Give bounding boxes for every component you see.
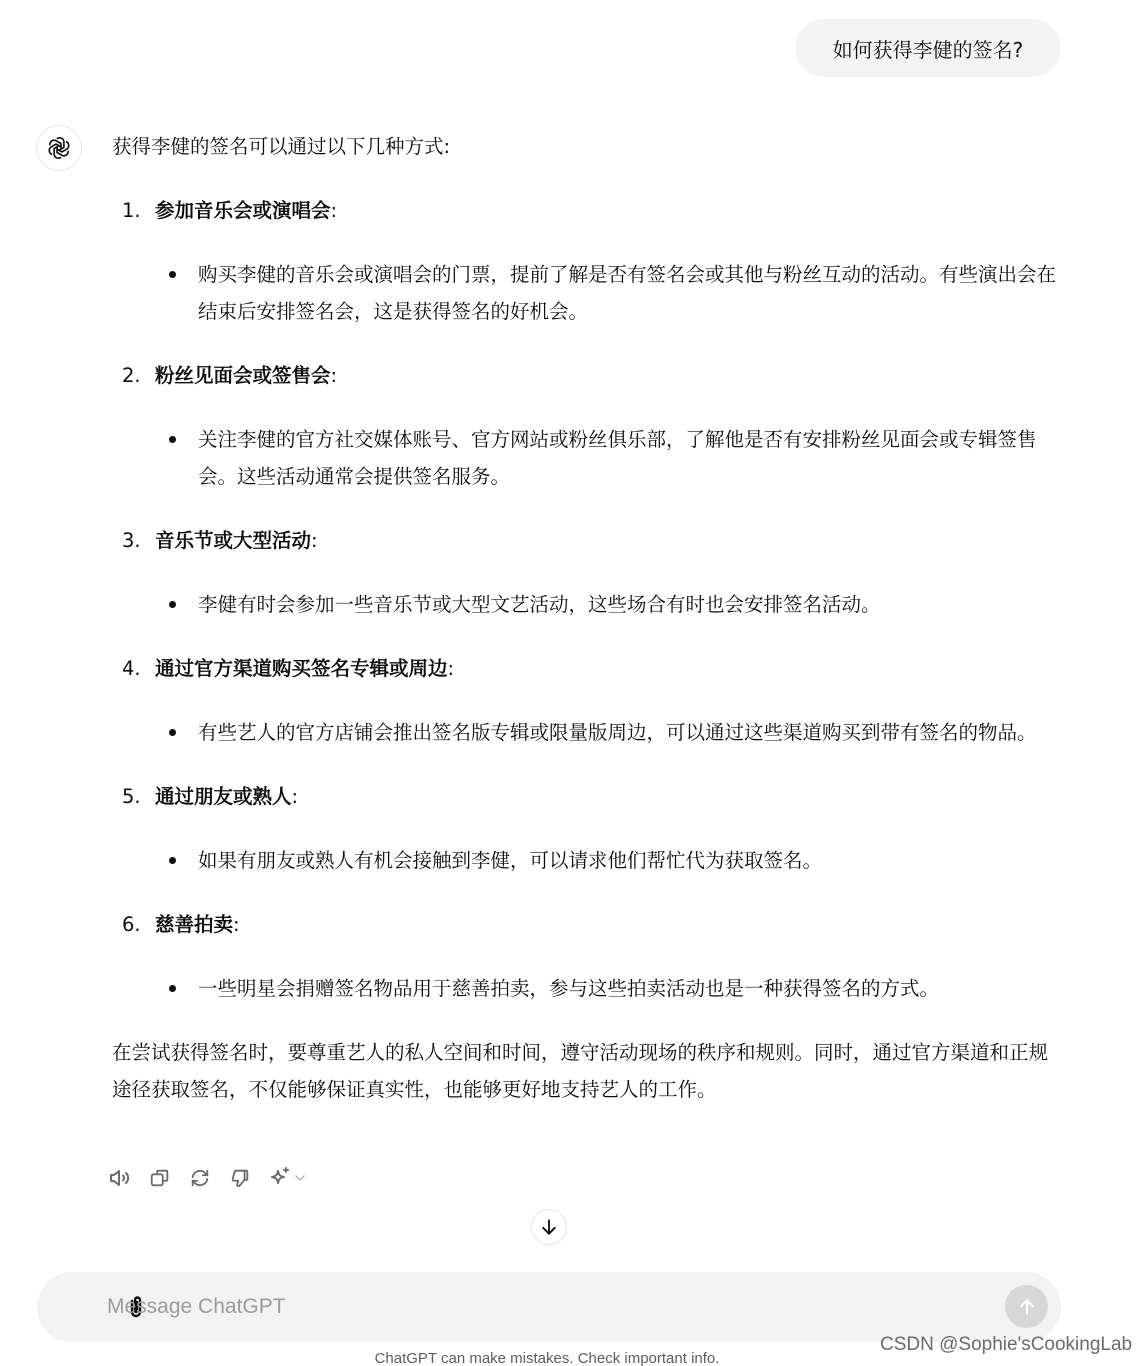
- item-number: 4.: [122, 650, 141, 687]
- bullet-list: 李健有时会参加一些音乐节或大型文艺活动，这些场合有时也会安排签名活动。: [155, 586, 1057, 623]
- read-aloud-button[interactable]: [108, 1164, 132, 1192]
- item-number: 2.: [122, 357, 141, 394]
- user-message-text: 如何获得李健的签名?: [833, 34, 1024, 63]
- message-actions: [108, 1164, 306, 1192]
- openai-logo-icon: [46, 135, 72, 161]
- watermark-text: CSDN @Sophie'sCookingLab: [880, 1334, 1132, 1356]
- item-colon: :: [331, 199, 338, 222]
- item-title: 通过官方渠道购买签名专辑或周边: [155, 657, 448, 680]
- assistant-intro: 获得李健的签名可以通过以下几种方式:: [112, 128, 1057, 165]
- method-item: 3. 音乐节或大型活动: 李健有时会参加一些音乐节或大型文艺活动，这些场合有时也…: [112, 522, 1057, 623]
- item-title: 通过朋友或熟人: [155, 785, 292, 808]
- method-item: 4. 通过官方渠道购买签名专辑或周边: 有些艺人的官方店铺会推出签名版专辑或限量…: [112, 650, 1057, 751]
- scroll-to-bottom-button[interactable]: [531, 1209, 567, 1245]
- item-colon: :: [311, 529, 318, 552]
- arrow-up-icon: [1017, 1297, 1037, 1317]
- item-number: 1.: [122, 192, 141, 229]
- bullet-item: 如果有朋友或熟人有机会接触到李健，可以请求他们帮忙代为获取签名。: [155, 842, 1057, 879]
- chat-page: 如何获得李健的签名? 获得李健的签名可以通过以下几种方式: 1. 参加音乐会或演…: [0, 0, 1144, 1366]
- copy-button[interactable]: [148, 1164, 172, 1192]
- item-title: 音乐节或大型活动: [155, 529, 311, 552]
- sparkle-model-icon: [268, 1166, 292, 1190]
- method-item: 6. 慈善拍卖: 一些明星会捐赠签名物品用于慈善拍卖，参与这些拍卖活动也是一种获…: [112, 906, 1057, 1007]
- bullet-item: 有些艺人的官方店铺会推出签名版专辑或限量版周边，可以通过这些渠道购买到带有签名的…: [155, 714, 1057, 751]
- send-button[interactable]: [1005, 1285, 1048, 1328]
- bullet-list: 关注李健的官方社交媒体账号、官方网站或粉丝俱乐部，了解他是否有安排粉丝见面会或专…: [155, 421, 1057, 495]
- item-title: 慈善拍卖: [155, 913, 233, 936]
- bullet-list: 有些艺人的官方店铺会推出签名版专辑或限量版周边，可以通过这些渠道购买到带有签名的…: [155, 714, 1057, 751]
- chevron-down-icon[interactable]: [294, 1164, 306, 1192]
- bullet-list: 如果有朋友或熟人有机会接触到李健，可以请求他们帮忙代为获取签名。: [155, 842, 1057, 879]
- bullet-item: 一些明星会捐赠签名物品用于慈善拍卖，参与这些拍卖活动也是一种获得签名的方式。: [155, 970, 1057, 1007]
- bullet-item: 李健有时会参加一些音乐节或大型文艺活动，这些场合有时也会安排签名活动。: [155, 586, 1057, 623]
- assistant-message: 获得李健的签名可以通过以下几种方式: 1. 参加音乐会或演唱会: 购买李健的音乐…: [112, 128, 1057, 1108]
- message-input[interactable]: [107, 1290, 987, 1324]
- regenerate-button[interactable]: [188, 1164, 212, 1192]
- item-title: 粉丝见面会或签售会: [155, 364, 331, 387]
- item-colon: :: [292, 785, 299, 808]
- method-item: 5. 通过朋友或熟人: 如果有朋友或熟人有机会接触到李健，可以请求他们帮忙代为获…: [112, 778, 1057, 879]
- assistant-outro: 在尝试获得签名时，要尊重艺人的私人空间和时间，遵守活动现场的秩序和规则。同时，通…: [112, 1034, 1057, 1108]
- item-number: 5.: [122, 778, 141, 815]
- item-colon: :: [331, 364, 338, 387]
- item-title: 参加音乐会或演唱会: [155, 199, 331, 222]
- thumbs-down-button[interactable]: [228, 1164, 252, 1192]
- item-number: 3.: [122, 522, 141, 559]
- bullet-item: 购买李健的音乐会或演唱会的门票，提前了解是否有签名会或其他与粉丝互动的活动。有些…: [155, 256, 1057, 330]
- read-aloud-icon: [108, 1166, 132, 1190]
- bullet-list: 购买李健的音乐会或演唱会的门票，提前了解是否有签名会或其他与粉丝互动的活动。有些…: [155, 256, 1057, 330]
- method-item: 1. 参加音乐会或演唱会: 购买李健的音乐会或演唱会的门票，提前了解是否有签名会…: [112, 192, 1057, 330]
- arrow-down-icon: [539, 1217, 559, 1237]
- method-item: 2. 粉丝见面会或签售会: 关注李健的官方社交媒体账号、官方网站或粉丝俱乐部，了…: [112, 357, 1057, 495]
- bullet-list: 一些明星会捐赠签名物品用于慈善拍卖，参与这些拍卖活动也是一种获得签名的方式。: [155, 970, 1057, 1007]
- item-colon: :: [448, 657, 455, 680]
- method-list: 1. 参加音乐会或演唱会: 购买李健的音乐会或演唱会的门票，提前了解是否有签名会…: [112, 192, 1057, 1007]
- regenerate-icon: [189, 1167, 211, 1189]
- bullet-item: 关注李健的官方社交媒体账号、官方网站或粉丝俱乐部，了解他是否有安排粉丝见面会或专…: [155, 421, 1057, 495]
- item-number: 6.: [122, 906, 141, 943]
- user-message-bubble: 如何获得李健的签名?: [795, 19, 1061, 77]
- change-model-button[interactable]: [268, 1164, 292, 1192]
- assistant-avatar: [36, 125, 82, 171]
- thumbs-down-icon: [229, 1167, 251, 1189]
- copy-icon: [149, 1167, 171, 1189]
- message-composer: [37, 1272, 1061, 1342]
- item-colon: :: [233, 913, 240, 936]
